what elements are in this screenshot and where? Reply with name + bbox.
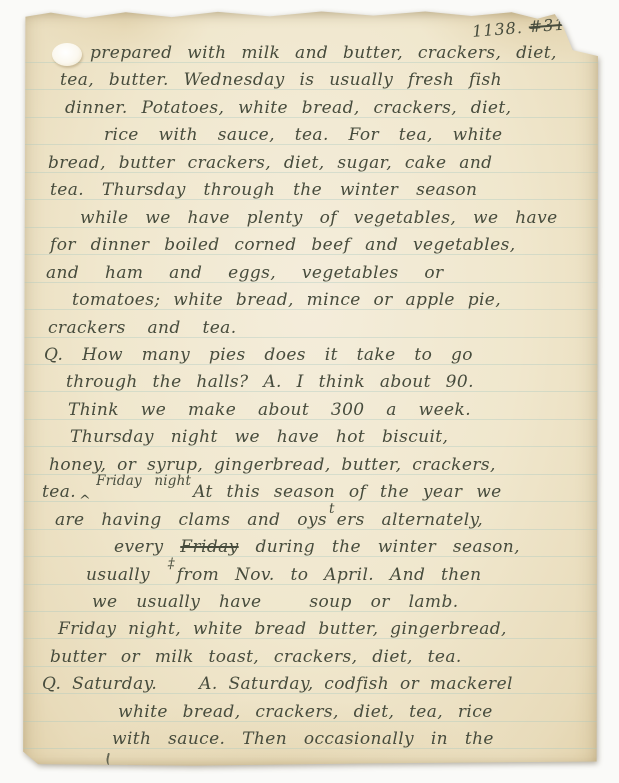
handwriting-segment: Q. Saturday. (42, 674, 157, 694)
handwriting-segment: rice with sauce, tea. For tea, white (104, 125, 502, 145)
handwritten-line: crackers and tea. (22, 315, 590, 343)
handwriting-segment: usually (86, 565, 166, 585)
handwriting-segment: Thursday night we have hot biscuit, (70, 427, 448, 447)
struck-text: Friday (180, 537, 238, 557)
handwritten-line: Friday night, white bread butter, ginger… (22, 616, 590, 644)
handwritten-line: for dinner boiled corned beef and vegeta… (22, 232, 590, 260)
handwriting-segment: for dinner boiled corned beef and vegeta… (50, 235, 516, 255)
handwriting-segment: Friday night, white bread butter, ginger… (58, 619, 507, 639)
handwriting-segment: during the winter season, (239, 537, 520, 557)
handwriting-segment: tea. Thursday through the winter season (50, 180, 477, 200)
handwritten-line: while we have plenty of vegetables, we h… (22, 205, 590, 233)
handwritten-line: tomatoes; white bread, mince or apple pi… (22, 287, 590, 315)
manuscript-paper-wrap: 1138.#31. prepared with milk and butter,… (22, 10, 598, 766)
handwriting-segment: soup or lamb. (309, 592, 458, 612)
handwritten-line: we usually havesoup or lamb. (22, 589, 590, 617)
handwriting-segment: dinner. Potatoes, white bread, crackers,… (65, 98, 511, 118)
handwriting-segment: white bread, crackers, diet, tea, rice (118, 702, 493, 722)
handwriting-segment: honey, or syrup, gingerbread, butter, cr… (49, 455, 496, 475)
handwriting-segment: while we have plenty of vegetables, we h… (80, 208, 558, 228)
inserted-text-above: t (329, 501, 335, 517)
handwriting-segment: crackers and tea. (48, 318, 237, 338)
inserted-text-above: ‡ (168, 556, 175, 572)
handwritten-line: Q. How many pies does it take to go (22, 342, 590, 370)
handwritten-line: rice with sauce, tea. For tea, white (22, 122, 590, 150)
handwriting-segment: tea, butter. Wednesday is usually fresh … (60, 70, 502, 90)
handwriting-segment: every (114, 537, 180, 557)
handwriting-segment: prepared with milk and butter, crackers,… (90, 43, 557, 63)
handwritten-line: dinner. Potatoes, white bread, crackers,… (22, 95, 590, 123)
handwriting-segment: tea. (42, 482, 76, 502)
handwritten-line: butter or milk toast, crackers, diet, te… (22, 644, 590, 672)
handwriting-segment: from Nov. to April. And then (177, 565, 482, 585)
handwritten-line: prepared with milk and butter, crackers,… (22, 40, 590, 68)
handwritten-line: tea, butter. Wednesday is usually fresh … (22, 67, 590, 95)
handwriting-segment: Think we make about 300 a week. (68, 400, 471, 420)
inserted-text-above: Friday night (96, 473, 191, 489)
handwriting-segment: At this season of the year we (193, 482, 502, 502)
handwritten-line: white bread, crackers, diet, tea, rice (22, 699, 590, 727)
handwritten-line: through the halls? A. I think about 90. (22, 369, 590, 397)
handwriting-segment: A. Saturday, codfish or mackerel (199, 674, 513, 694)
handwritten-line: Thursday night we have hot biscuit, (22, 424, 590, 452)
handwritten-line: with sauce. Then occasionally in the (22, 726, 590, 754)
handwriting-segment: with sauce. Then occasionally in the (112, 729, 494, 749)
handwritten-line: bread, butter crackers, diet, sugar, cak… (22, 150, 590, 178)
partial-stroke-next-line (104, 753, 119, 769)
handwriting-segment: are having clams and oys (55, 510, 327, 530)
handwritten-line: and ham and eggs, vegetables or (22, 260, 590, 288)
handwritten-text: prepared with milk and butter, crackers,… (22, 10, 598, 766)
handwriting-segment: Q. How many pies does it take to go (44, 345, 473, 365)
scanned-document: 1138.#31. prepared with milk and butter,… (0, 0, 619, 783)
handwriting-segment: butter or milk toast, crackers, diet, te… (50, 647, 462, 667)
handwriting-segment: we usually have (92, 592, 261, 612)
handwriting-segment: tomatoes; white bread, mince or apple pi… (72, 290, 501, 310)
handwritten-line: tea.^Friday nightAt this season of the y… (22, 479, 590, 507)
manuscript-page: 1138.#31. prepared with milk and butter,… (22, 10, 598, 766)
handwriting-segment: bread, butter crackers, diet, sugar, cak… (48, 153, 492, 173)
handwriting-segment: and ham and eggs, vegetables or (46, 263, 444, 283)
handwritten-line: Think we make about 300 a week. (22, 397, 590, 425)
handwritten-line: are having clams and oysters alternately… (22, 507, 590, 535)
handwritten-line: usually ‡from Nov. to April. And then (22, 562, 590, 590)
handwriting-segment: through the halls? A. I think about 90. (66, 372, 474, 392)
handwriting-segment: ers alternately, (337, 510, 483, 530)
handwritten-line: Q. Saturday.A. Saturday, codfish or mack… (22, 671, 590, 699)
handwritten-line: tea. Thursday through the winter season (22, 177, 590, 205)
handwritten-line: every Friday during the winter season, (22, 534, 590, 562)
